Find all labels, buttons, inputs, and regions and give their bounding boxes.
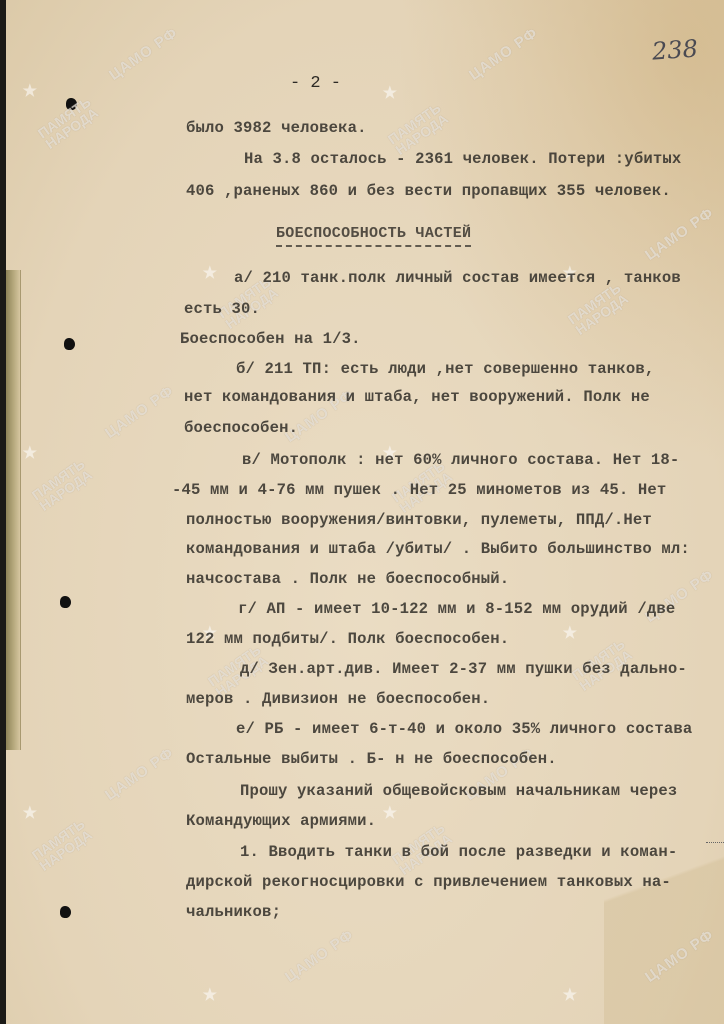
star-icon: ★ [22,74,38,105]
text-line: б/ 211 ТП: есть люди ,нет совершенно тан… [236,360,654,378]
text-line: -45 мм и 4-76 мм пушек . Нет 25 миномето… [172,481,666,499]
memory-watermark-line1: ПАМЯТЬ [566,281,623,326]
memory-watermark-line2: НАРОДА [573,292,630,337]
text-line: 122 мм подбиты/. Полк боеспособен. [186,630,509,648]
star-icon: ★ [202,978,218,1009]
archive-watermark: ЦАМО РФ [102,382,177,442]
section-heading: БОЕСПОСОБНОСТЬ ЧАСТЕЙ [276,225,471,247]
text-line: боеспособен. [184,419,298,437]
memory-watermark-line2: НАРОДА [37,468,94,513]
text-line: Прошу указаний общевойсковым начальникам… [240,782,677,800]
star-icon: ★ [382,76,398,107]
text-line: 1. Вводить танки в бой после разведки и … [240,843,677,861]
punch-hole-icon [60,596,71,608]
memory-watermark: ПАМЯТЬНАРОДА [566,281,630,337]
memory-watermark: ПАМЯТЬНАРОДА [386,101,450,157]
memory-watermark-line1: ПАМЯТЬ [386,101,443,146]
star-icon: ★ [382,796,398,827]
text-line: в/ Мотополк : нет 60% личного состава. Н… [242,451,679,469]
archive-watermark: ЦАМО РФ [106,24,181,84]
archive-watermark: ЦАМО РФ [102,744,177,804]
torn-page-edge [6,270,21,750]
text-line: д/ Зен.арт.див. Имеет 2-37 мм пушки без … [240,660,687,678]
punch-hole-icon [64,338,75,350]
text-line: командования и штаба /убиты/ . Выбито бо… [186,540,690,558]
memory-watermark-line2: НАРОДА [37,828,94,873]
text-line: чальников; [186,903,281,921]
star-icon: ★ [562,616,578,647]
archive-watermark: ЦАМО РФ [282,926,357,986]
text-line: начсостава . Полк не боеспособный. [186,570,509,588]
memory-watermark-line1: ПАМЯТЬ [30,457,87,502]
star-icon: ★ [202,256,218,287]
handwritten-folio-number: 238 [651,34,699,65]
text-line: На 3.8 осталось - 2361 человек. Потери :… [244,150,681,168]
memory-watermark-line2: НАРОДА [43,106,100,151]
text-line: г/ АП - имеет 10-122 мм и 8-152 мм оруди… [238,600,675,618]
memory-watermark-line1: ПАМЯТЬ [30,817,87,862]
memory-watermark-line1: ПАМЯТЬ [36,95,93,140]
star-icon: ★ [562,978,578,1009]
text-line: дирской рекогносцировки с привлечением т… [186,873,671,891]
punch-hole-icon [66,98,77,110]
text-line: полностью вооружения/винтовки, пулеметы,… [186,511,652,529]
text-line: Командующих армиями. [186,812,376,830]
star-icon: ★ [22,436,38,467]
text-line: Остальные выбиты . Б- н не боеспособен. [186,750,557,768]
text-line: а/ 210 танк.полк личный состав имеется ,… [234,269,681,287]
punch-hole-icon [60,906,71,918]
memory-watermark: ПАМЯТЬНАРОДА [30,457,94,513]
memory-watermark: ПАМЯТЬНАРОДА [30,817,94,873]
text-line: было 3982 человека. [186,119,367,137]
text-line: е/ РБ - имеет 6-т-40 и около 35% личного… [236,720,692,738]
text-line: Боеспособен на 1/3. [180,330,361,348]
page-number: - 2 - [290,74,341,93]
text-line: меров . Дивизион не боеспособен. [186,690,490,708]
archive-watermark: ЦАМО РФ [466,24,541,84]
pencil-mark [706,842,724,843]
archive-watermark: ЦАМО РФ [642,204,717,264]
text-line: 406 ,раненых 860 и без вести пропавщих 3… [186,182,671,200]
text-line: нет командования и штаба, нет вооружений… [184,388,650,406]
text-line: есть 30. [184,300,260,318]
document-page: ЦАМО РФ ЦАМО РФ ЦАМО РФ ЦАМО РФ ЦАМО РФ … [6,0,724,1024]
star-icon: ★ [22,796,38,827]
